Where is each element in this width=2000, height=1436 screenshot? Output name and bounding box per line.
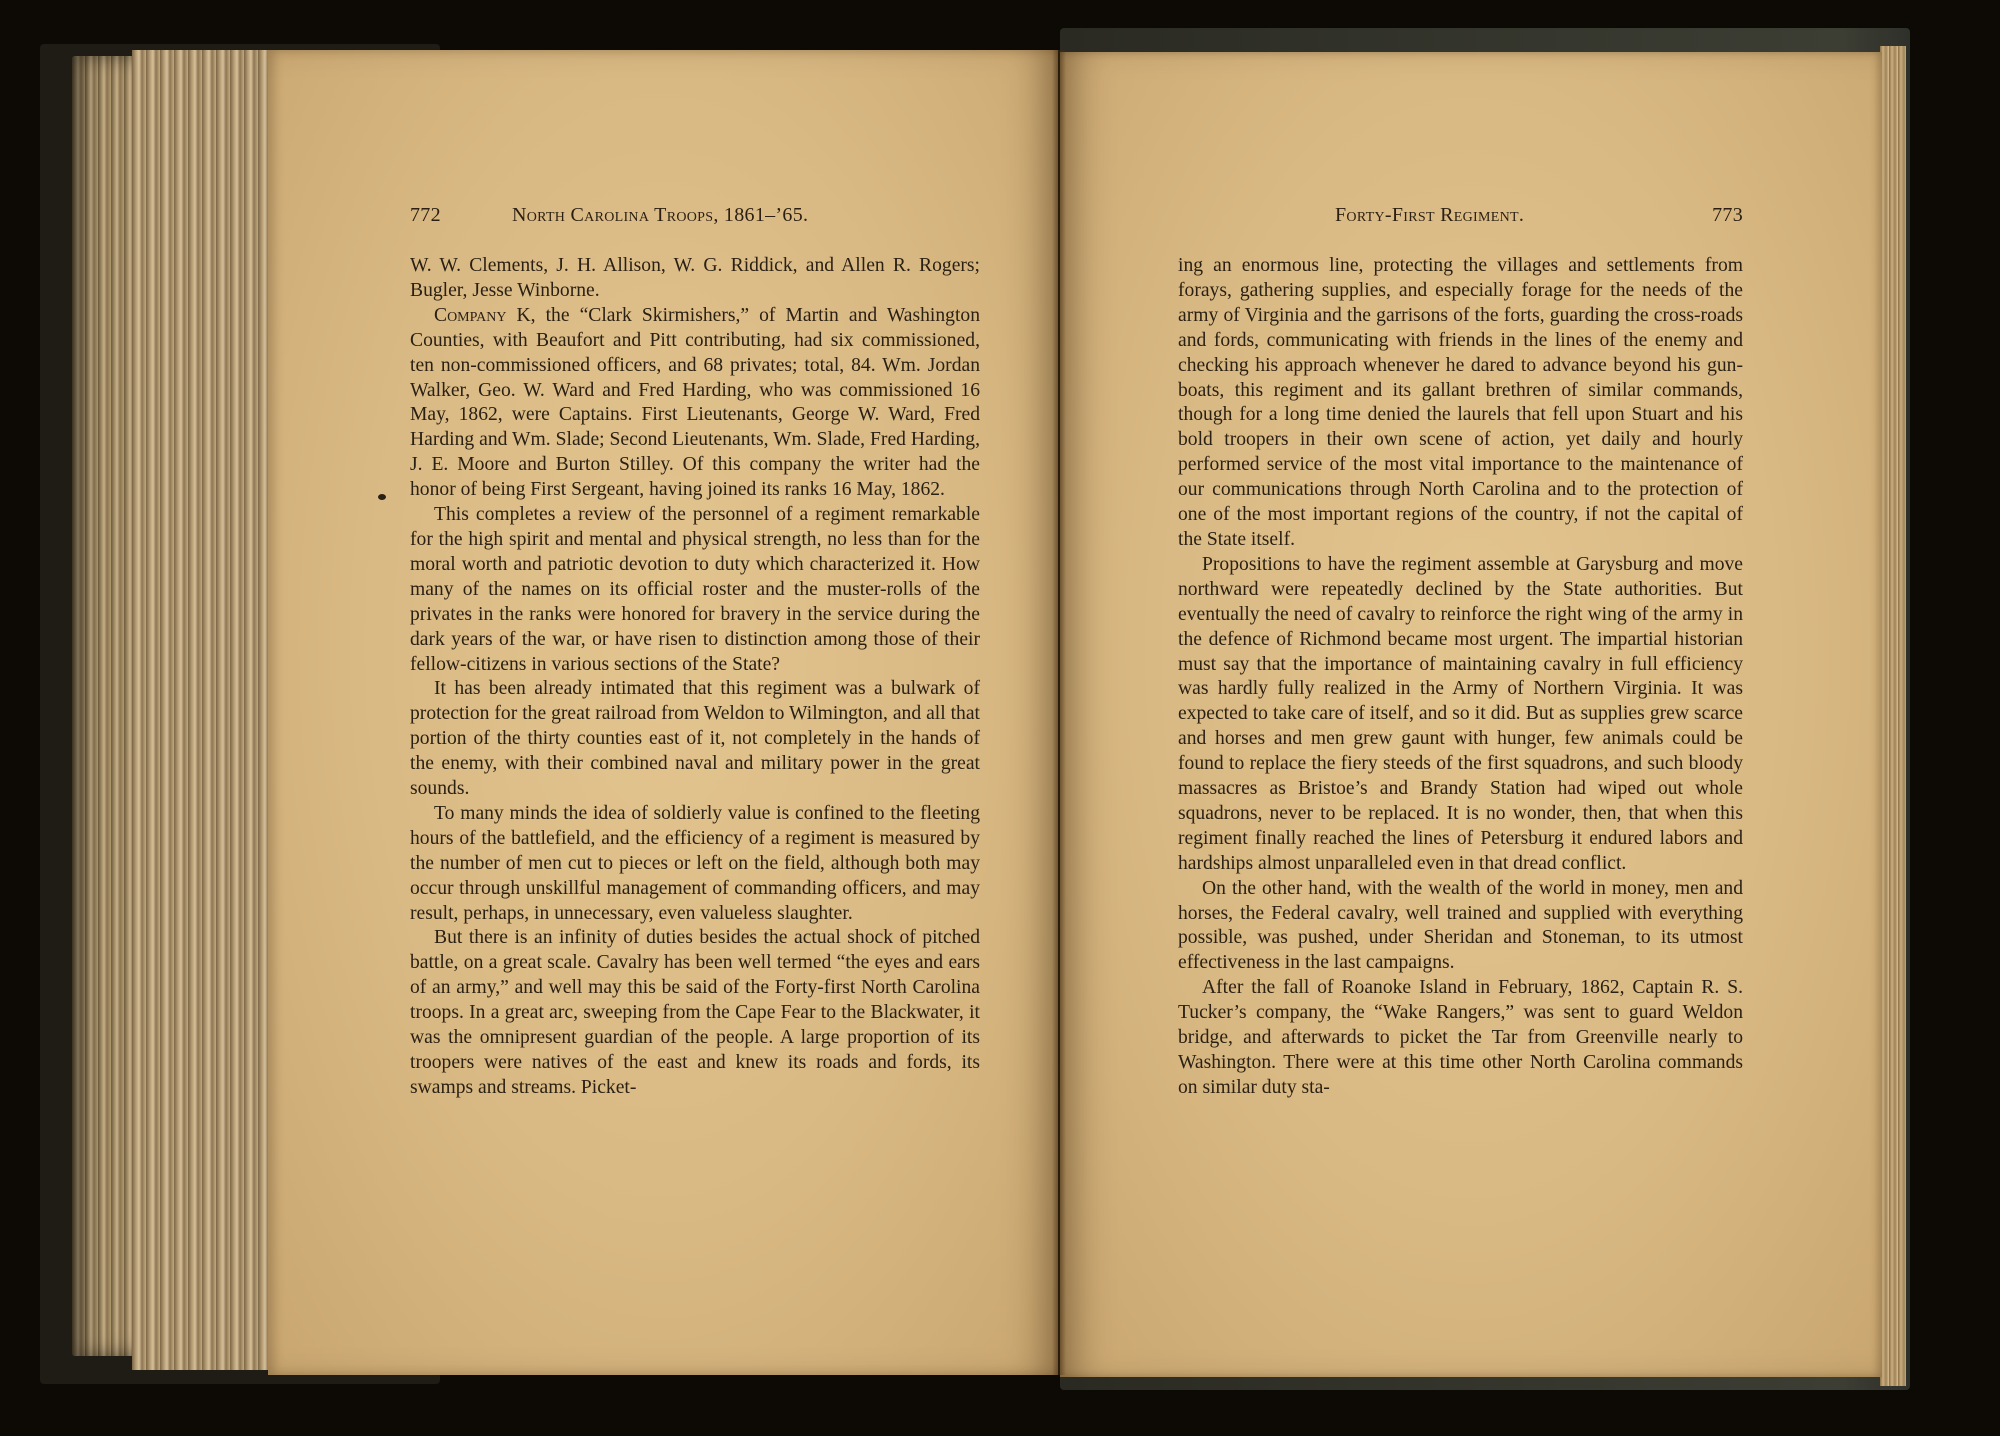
left-page-number: 772 (410, 204, 441, 227)
left-running-title: North Carolina Troops, 1861–’65. (512, 204, 808, 227)
margin-ink-mark (378, 494, 386, 500)
paragraph: After the fall of Roanoke Island in Febr… (1178, 976, 1743, 1101)
page-edges-right (1880, 46, 1906, 1386)
paragraph: To many minds the idea of soldierly valu… (410, 802, 980, 927)
right-page-body: ing an enormous line, protecting the vil… (1178, 254, 1743, 1101)
paragraph: But there is an infinity of duties besid… (410, 926, 980, 1100)
paragraph: This completes a review of the personnel… (410, 503, 980, 677)
right-running-title: Forty-First Regiment. (1335, 204, 1524, 227)
company-label: Company (434, 305, 506, 326)
paragraph: Company K, the “Clark Skirmishers,” of M… (410, 304, 980, 503)
paragraph: ing an enormous line, protecting the vil… (1178, 254, 1743, 553)
paragraph: Propositions to have the regiment assemb… (1178, 553, 1743, 877)
paragraph: It has been already intimated that this … (410, 677, 980, 802)
book-gutter (1052, 50, 1066, 1375)
paragraph-text: K, the “Clark Skirmishers,” of Martin an… (410, 305, 980, 500)
paragraph: W. W. Clements, J. H. Allison, W. G. Rid… (410, 254, 980, 304)
page-edges-left-inner (132, 50, 272, 1370)
paragraph: On the other hand, with the wealth of th… (1178, 877, 1743, 977)
left-page-body: W. W. Clements, J. H. Allison, W. G. Rid… (410, 254, 980, 1101)
right-page-number: 773 (1712, 204, 1743, 227)
